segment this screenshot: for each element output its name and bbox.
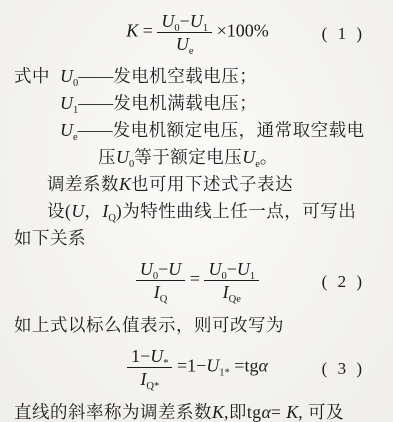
ue-description: 发电机额定电压，通常取空载电 (113, 120, 365, 140)
var-K: K (119, 174, 131, 194)
sub-Qstar: Q* (146, 381, 159, 392)
equation-number-2: ( 2 ) (322, 272, 365, 292)
var-U1: U (237, 259, 250, 279)
eq1-numerator: U0−U1 (157, 11, 212, 33)
em-dash: —— (78, 93, 113, 113)
var-K: K (286, 402, 298, 422)
var-U0: U (208, 259, 221, 279)
paragraph-5: 直线的斜率称为调差系数K,即tgα= K, 可及 (14, 399, 381, 422)
equals-sign: = (143, 21, 153, 41)
var-U: U (71, 201, 84, 221)
sub-Q: Q (108, 213, 116, 224)
equation-1: K = U0−U1Ue ×100% ( 1 ) (14, 5, 381, 63)
var-Ue: U (242, 147, 255, 167)
var-U: U (168, 259, 181, 279)
sub-Q: Q (160, 294, 168, 305)
eq2-left-numerator: U0−U (136, 259, 185, 281)
eq2-left-denominator: IQ (136, 281, 185, 302)
u0-description: 发电机空载电压； (113, 66, 257, 86)
term-prefix: 式中 (14, 66, 50, 86)
var-alpha: α (262, 402, 271, 422)
minus-sign: − (158, 259, 168, 279)
p5-text-b: ,即tg (224, 402, 262, 422)
p5-text-a: 直线的斜率称为调差系数 (14, 402, 212, 422)
p5-text-c: = (271, 402, 286, 422)
paragraph-4: 如上式以标么值表示，则可改写为 (14, 312, 381, 339)
one-minus: 1− (131, 346, 150, 366)
em-dash: —— (78, 66, 113, 86)
var-U0: U (60, 66, 73, 86)
equation-2: U0−UIQ = U0−U1IQe ( 2 ) (14, 252, 381, 311)
equals-sign: = (234, 355, 244, 375)
sub-e: e (189, 46, 194, 57)
var-alpha: α (258, 355, 267, 375)
var-K: K (126, 21, 138, 41)
fraction-eq1: U0−U1Ue (157, 11, 212, 54)
term-line-ue: Ue——发电机额定电压，通常取空载电 (14, 117, 381, 144)
sub-1: 1 (203, 23, 208, 34)
sub-1star: 1* (219, 367, 230, 378)
eq1-denominator: Ue (157, 33, 212, 54)
sub-Qe: Qe (229, 294, 241, 305)
term-line-ue-cont: 压U0等于额定电压Ue。 (14, 144, 381, 171)
p3-text: 如下关系 (14, 228, 86, 248)
var-Ue: U (176, 34, 189, 54)
times-100-percent: ×100% (217, 21, 269, 41)
u1-description: 发电机满载电压； (113, 93, 257, 113)
p2-comma: ， (84, 201, 102, 221)
eq3-numerator: 1−U* (127, 346, 172, 368)
paragraph-1: 调差系数K也可用下述式子表达 (14, 171, 381, 198)
sub-1: 1 (250, 271, 255, 282)
sub-star: * (163, 358, 168, 369)
eq2-right-denominator: IQe (204, 281, 259, 302)
ue-cont-text-a: 压 (98, 147, 116, 167)
equation-3: 1−U*IQ* =1−U1* =tgα ( 3 ) (14, 339, 381, 399)
var-Ue: U (60, 120, 73, 140)
term-line-u0: 式中U0——发电机空载电压； (14, 63, 381, 90)
var-U1: U (190, 11, 203, 31)
eq2-right-numerator: U0−U1 (204, 259, 259, 281)
paragraph-3: 如下关系 (14, 225, 381, 252)
var-U0: U (161, 11, 174, 31)
fraction-eq2-left: U0−UIQ (136, 259, 185, 302)
ue-cont-text-b: 等于额定电压 (134, 147, 242, 167)
scanned-page: K = U0−U1Ue ×100% ( 1 ) 式中U0——发电机空载电压； U… (0, 0, 393, 422)
fraction-eq2-right: U0−U1IQe (204, 259, 259, 302)
var-U1: U (60, 93, 73, 113)
var-U0: U (116, 147, 129, 167)
p1-text-a: 调差系数 (47, 174, 119, 194)
p5-text-d: , 可及 (298, 402, 344, 422)
p2-text-a: 设( (47, 201, 71, 221)
minus-sign: − (227, 259, 237, 279)
equals-sign: = (190, 269, 200, 289)
ue-cont-period: 。 (260, 147, 278, 167)
minus-sign: − (180, 11, 190, 31)
var-K: K (212, 402, 224, 422)
var-Ustar: U (150, 346, 163, 366)
var-U0: U (140, 259, 153, 279)
p4-text: 如上式以标么值表示，则可改写为 (14, 315, 284, 335)
equation-number-1: ( 1 ) (322, 24, 365, 44)
p2-text-b: )为特性曲线上任一点，可写出 (116, 201, 356, 221)
fraction-eq3: 1−U*IQ* (127, 346, 172, 389)
p1-text-b: 也可用下述式子表达 (131, 174, 293, 194)
em-dash: —— (78, 120, 113, 140)
paragraph-2: 设(U，IQ)为特性曲线上任一点，可写出 (14, 198, 381, 225)
term-line-u1: U1——发电机满载电压； (14, 90, 381, 117)
tangent-abbrev: tg (244, 355, 258, 375)
equals-one-minus: =1− (177, 355, 206, 375)
eq3-denominator: IQ* (127, 368, 172, 389)
equation-number-3: ( 3 ) (322, 359, 365, 379)
var-U1star: U (206, 355, 219, 375)
